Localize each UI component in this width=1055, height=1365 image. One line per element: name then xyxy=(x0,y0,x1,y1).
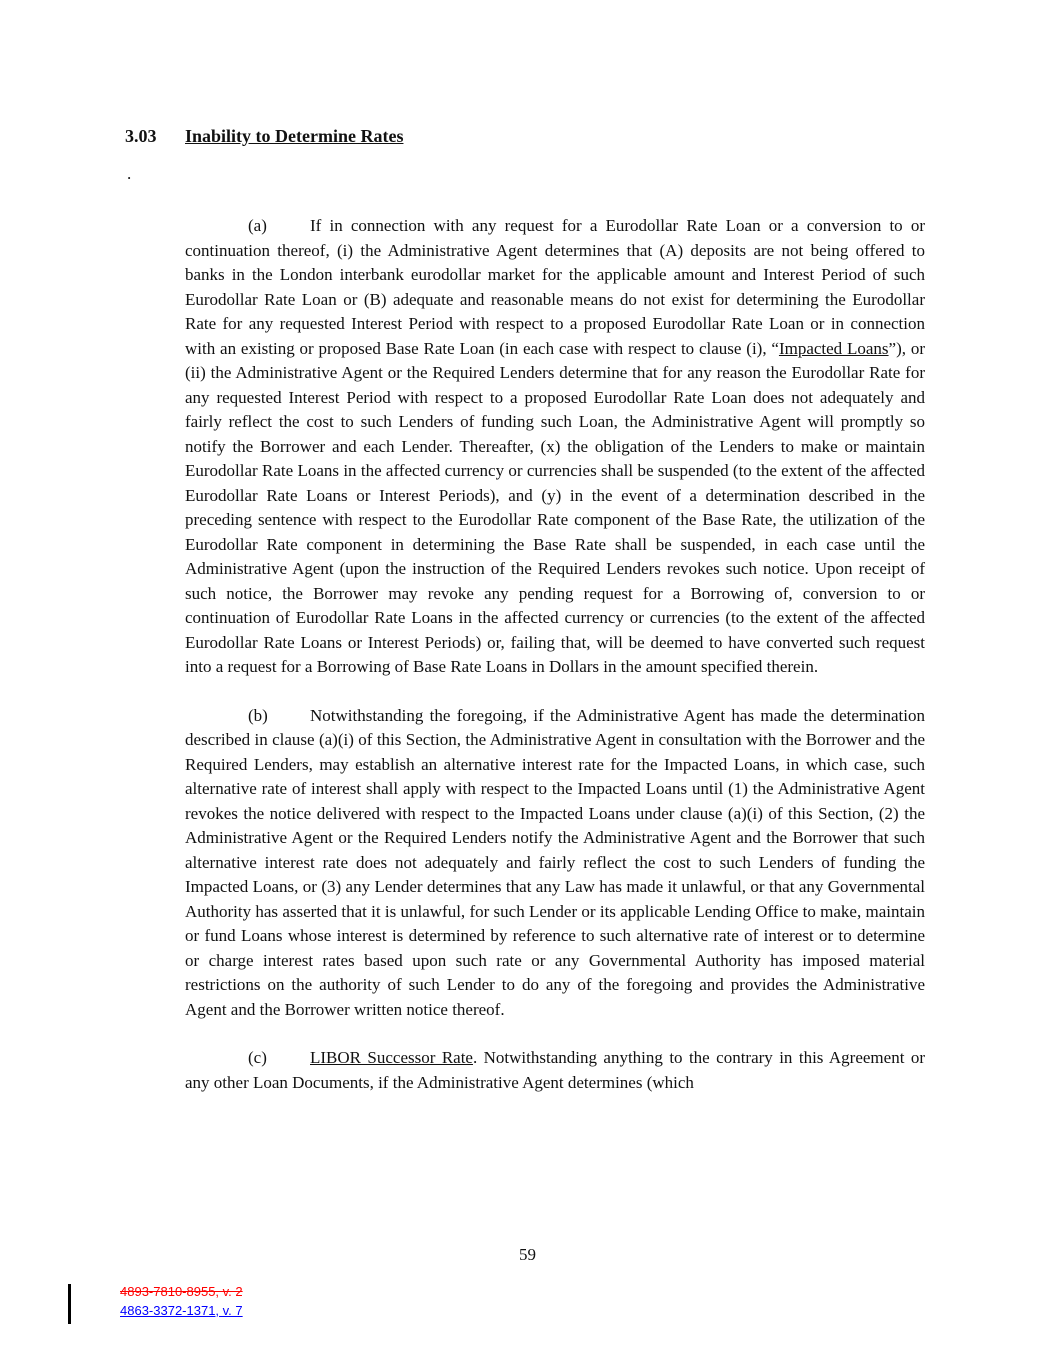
paragraph-c: (c)LIBOR Successor Rate. Notwithstanding… xyxy=(185,1046,925,1095)
section-title: Inability to Determine Rates xyxy=(185,126,403,146)
paragraph-a: (a)If in connection with any request for… xyxy=(185,214,925,680)
defined-term-libor-successor-rate: LIBOR Successor Rate xyxy=(310,1048,473,1067)
section-heading: 3.03Inability to Determine Rates xyxy=(125,126,403,147)
doc-id-current: 4863-3372-1371, v. 7 xyxy=(120,1302,243,1321)
doc-id-deleted: 4893-7810-8955, v. 2 xyxy=(120,1283,243,1302)
stray-period: . xyxy=(127,164,131,184)
document-id-stamp: 4893-7810-8955, v. 2 4863-3372-1371, v. … xyxy=(120,1283,243,1320)
page-number: 59 xyxy=(0,1245,1055,1265)
paragraph-b-label: (b) xyxy=(248,704,310,729)
defined-term-impacted-loans: Impacted Loans xyxy=(779,339,889,358)
paragraph-b: (b)Notwithstanding the foregoing, if the… xyxy=(185,704,925,1023)
section-number: 3.03 xyxy=(125,126,185,147)
paragraph-b-text: Notwithstanding the foregoing, if the Ad… xyxy=(185,706,925,1019)
paragraph-a-text-2: ”), or (ii) the Administrative Agent or … xyxy=(185,339,925,677)
document-page: 3.03Inability to Determine Rates . (a)If… xyxy=(0,0,1055,1365)
paragraph-c-label: (c) xyxy=(248,1046,310,1071)
body-text: (a)If in connection with any request for… xyxy=(185,214,925,1119)
change-bar xyxy=(68,1284,71,1324)
paragraph-a-label: (a) xyxy=(248,214,310,239)
